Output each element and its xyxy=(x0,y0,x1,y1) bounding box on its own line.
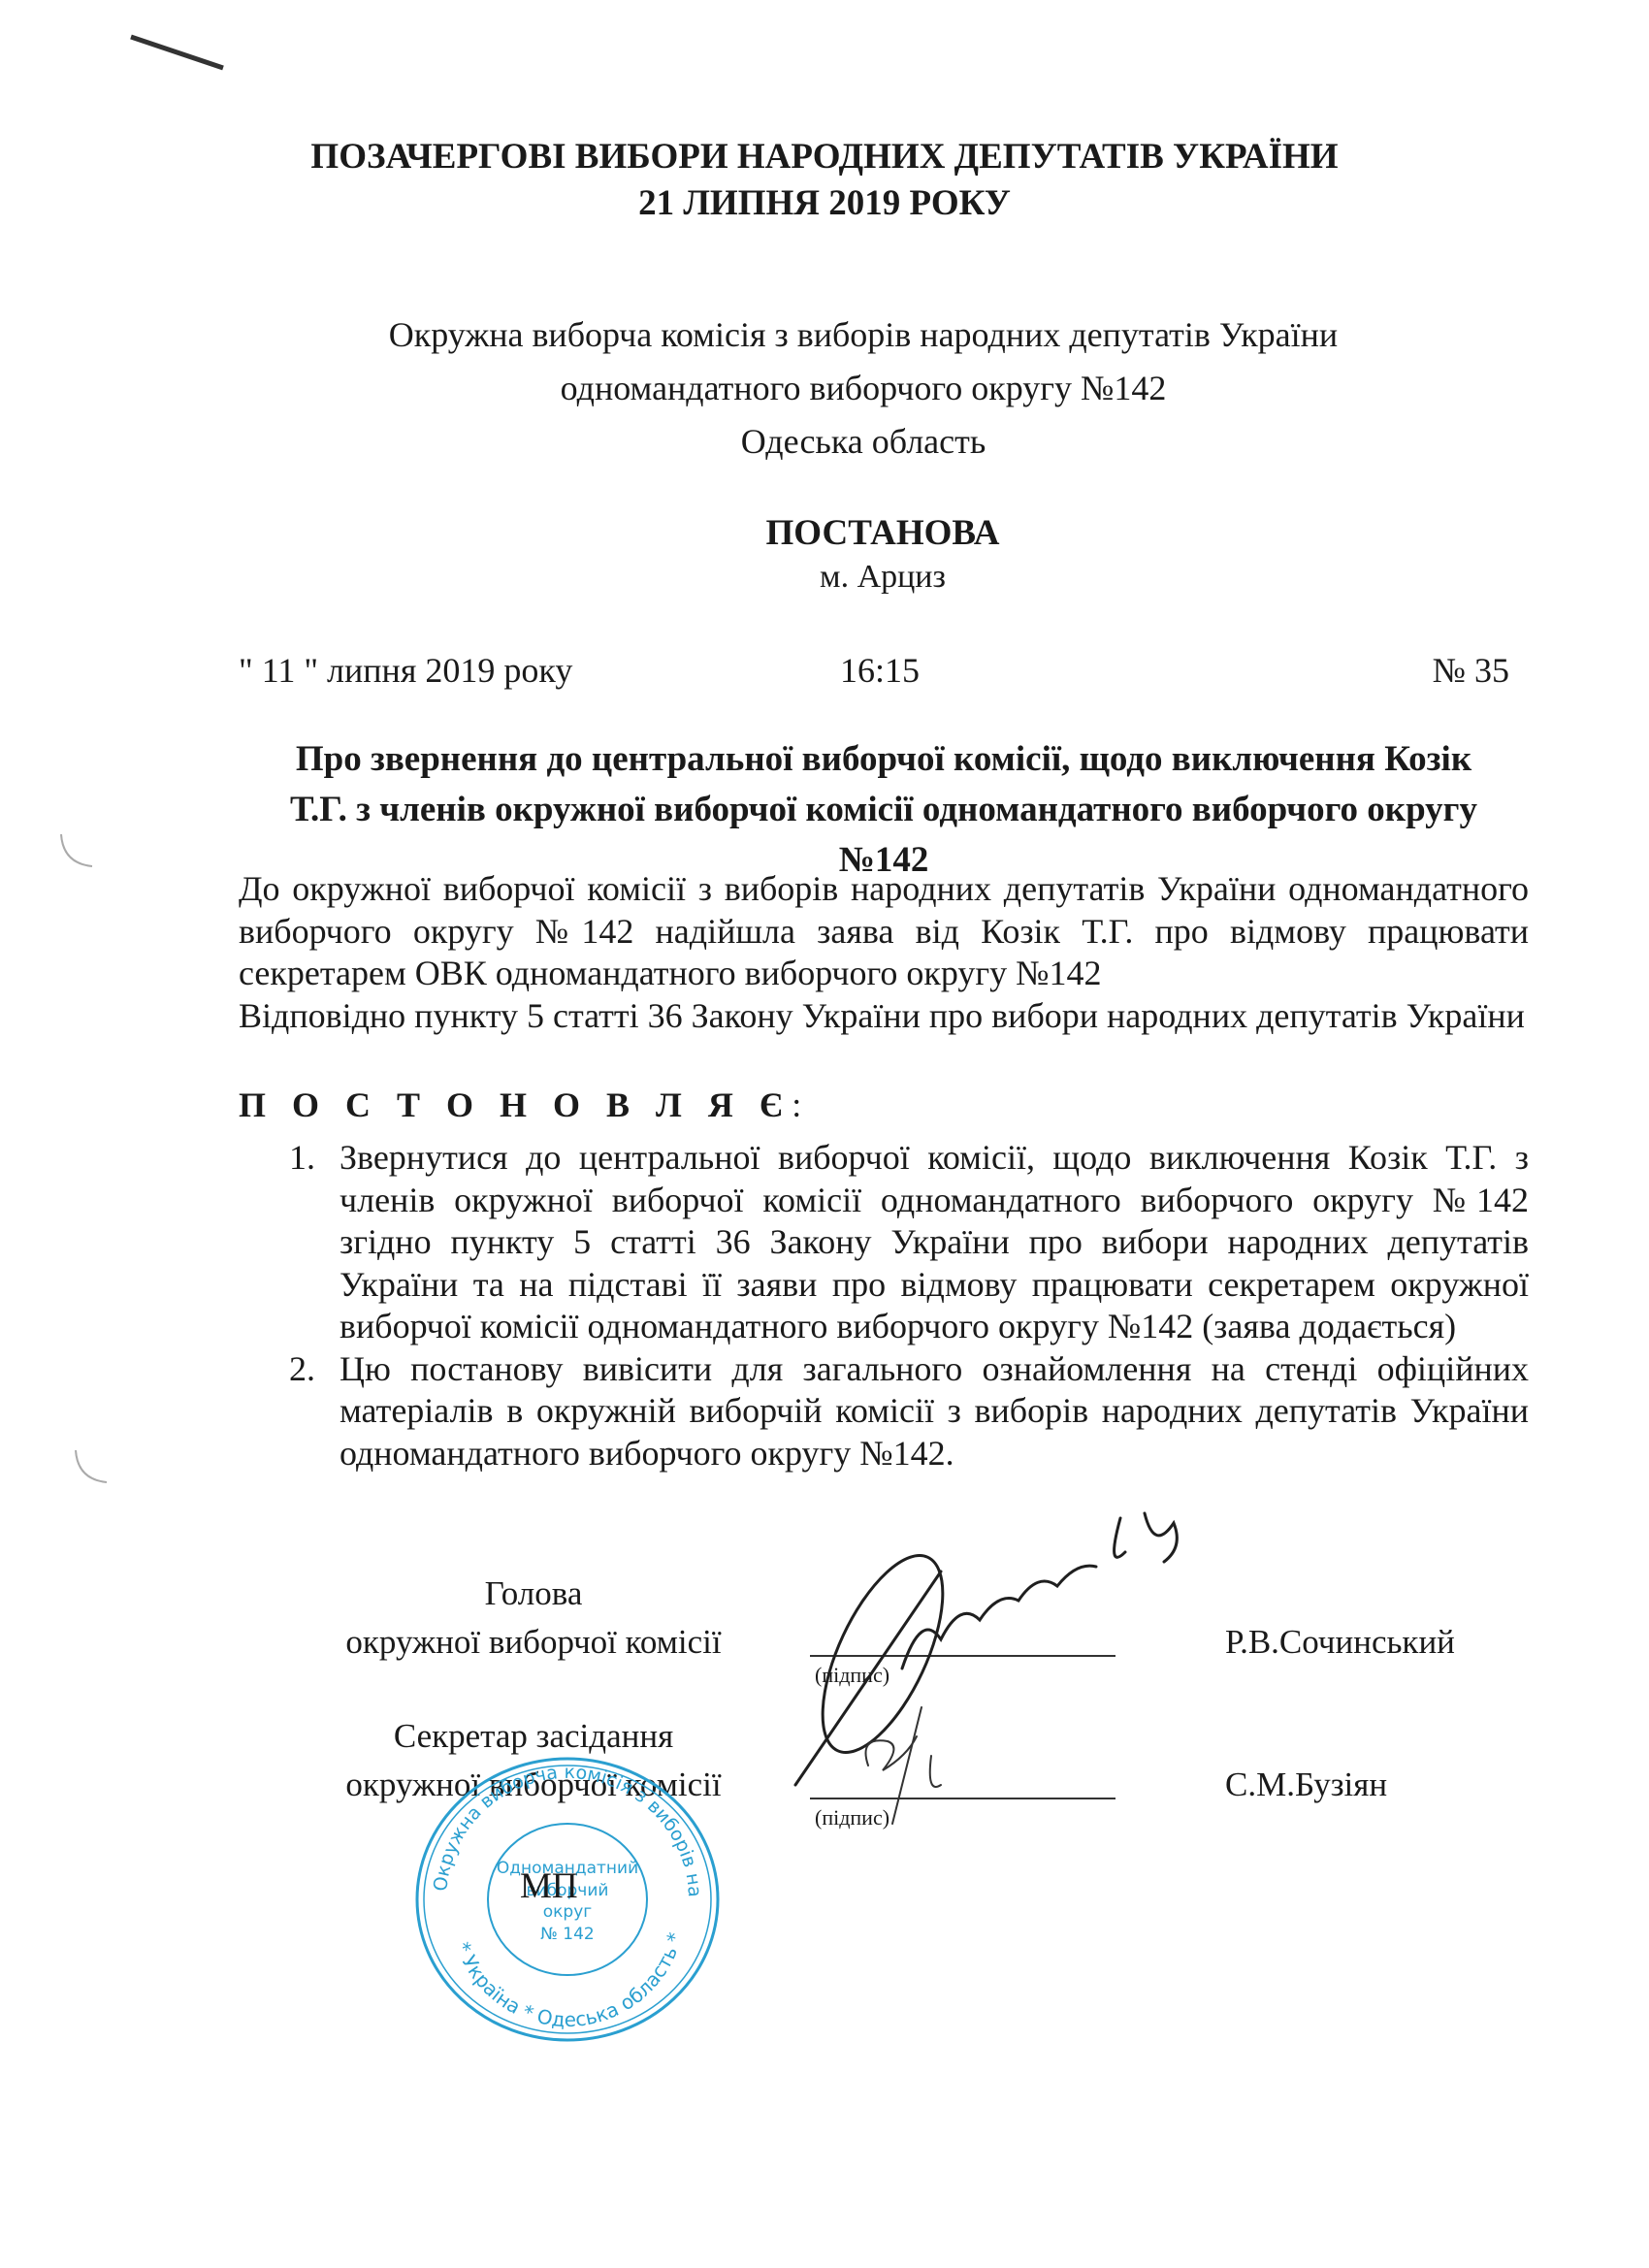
resolution-item: 1. Звернутися до центральної виборчої ко… xyxy=(239,1137,1529,1348)
document-body: До окружної виборчої комісії з виборів н… xyxy=(239,868,1529,1037)
document-meta-row: " 11 " липня 2019 року 16:15 № 35 xyxy=(239,650,1509,691)
resolves-label: П О С Т О Н О В Л Я Є xyxy=(239,1085,792,1124)
election-date: 21 ЛИПНЯ 2019 РОКУ xyxy=(0,180,1649,227)
punch-hole-mark xyxy=(53,829,102,878)
body-paragraph: Відповідно пункту 5 статті 36 Закону Укр… xyxy=(239,995,1529,1038)
item-text: Цю постанову вивісити для загального озн… xyxy=(339,1349,1529,1473)
document-time: 16:15 xyxy=(840,650,920,691)
commission-district: одномандатного виборчого округу №142 xyxy=(78,362,1649,415)
stamp-place-label: МП xyxy=(520,1865,578,1907)
body-paragraph: До окружної виборчої комісії з виборів н… xyxy=(239,868,1529,995)
item-number: 2. xyxy=(289,1348,315,1391)
subject-line: Про звернення до центральної виборчої ко… xyxy=(239,734,1529,785)
resolution-item: 2. Цю постанову вивісити для загального … xyxy=(239,1348,1529,1475)
punch-hole-mark xyxy=(68,1445,116,1494)
resolves-colon: : xyxy=(792,1085,810,1124)
election-header: ПОЗАЧЕРГОВІ ВИБОРИ НАРОДНИХ ДЕПУТАТІВ УК… xyxy=(0,134,1649,227)
document-subject: Про звернення до центральної виборчої ко… xyxy=(239,734,1529,886)
resolves-heading: П О С Т О Н О В Л Я Є: xyxy=(239,1085,810,1125)
commission-block: Окружна виборча комісія з виборів народн… xyxy=(0,308,1649,469)
svg-text:№ 142: № 142 xyxy=(540,1925,595,1944)
signer-role-line: окружної виборчої комісії xyxy=(291,1618,776,1667)
signer-name: Р.В.Сочинський xyxy=(1225,1623,1455,1662)
signer-name: С.М.Бузіян xyxy=(1225,1766,1387,1804)
official-stamp: Окружна виборча комісія з виборів народн… xyxy=(411,1754,724,2045)
document-date: " 11 " липня 2019 року xyxy=(239,650,572,691)
subject-line: Т.Г. з членів окружної виборчої комісії … xyxy=(239,785,1529,835)
item-text: Звернутися до центральної виборчої коміс… xyxy=(339,1138,1529,1345)
document-city: м. Арциз xyxy=(0,559,1649,596)
item-number: 1. xyxy=(289,1137,315,1180)
secretary-signature-scribble xyxy=(849,1698,965,1833)
scan-mark-top-left xyxy=(126,29,233,78)
election-title: ПОЗАЧЕРГОВІ ВИБОРИ НАРОДНИХ ДЕПУТАТІВ УК… xyxy=(0,134,1649,180)
document-number: № 35 xyxy=(1433,650,1509,691)
chair-signature-scribble xyxy=(776,1494,1222,1795)
document-type: ПОСТАНОВА xyxy=(0,512,1649,554)
commission-region: Одеська область xyxy=(78,415,1649,469)
resolution-items: 1. Звернутися до центральної виборчої ко… xyxy=(239,1137,1529,1474)
commission-name: Окружна виборча комісія з виборів народн… xyxy=(78,308,1649,362)
signer-role-line: Голова xyxy=(291,1570,776,1618)
signer-role: Голова окружної виборчої комісії xyxy=(291,1570,776,1667)
